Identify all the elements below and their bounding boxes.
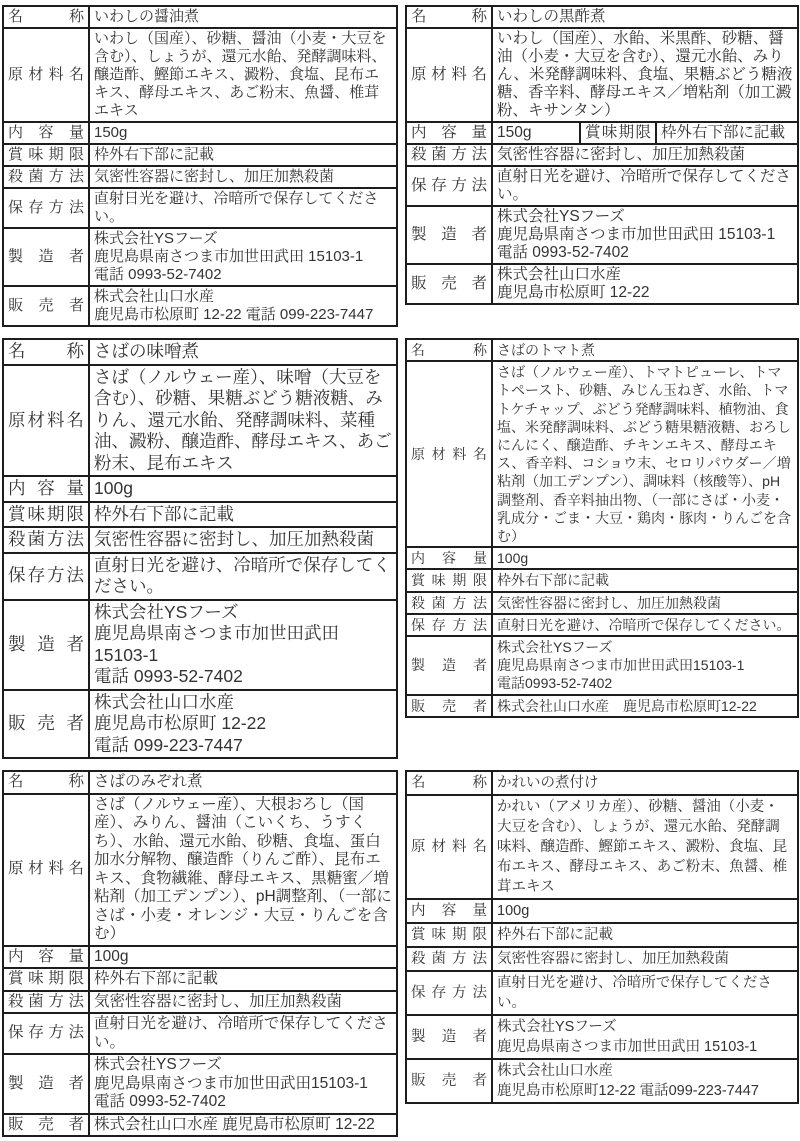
field-value: 100g xyxy=(89,476,397,502)
table-row: 内容量150g賞味期限枠外右下部に記載 xyxy=(406,122,798,144)
label-sheet: 名称いわしの醤油煮原材料名いわし（国産）、砂糖、醤油（小麦・大豆を含む）、しょう… xyxy=(0,0,800,1141)
table-row: 殺菌方法気密性容器に密封し、加圧加熱殺菌 xyxy=(406,144,798,166)
field-value: 気密性容器に密封し、加圧加熱殺菌 xyxy=(89,166,397,188)
field-value: 気密性容器に密封し、加圧加熱殺菌 xyxy=(492,592,798,614)
field-value: 株式会社山口水産 鹿児島市松原町 12-22 xyxy=(492,264,798,304)
table-row: 名称さばの味噌煮 xyxy=(3,339,397,365)
field-value: 100g xyxy=(89,946,397,969)
field-label: 保存方法 xyxy=(406,614,492,636)
field-value: さば（ノルウェー産）、トマトピューレ、トマトペースト、砂糖、みじん玉ねぎ、水飴、… xyxy=(492,361,798,547)
food-label-table: 名称かれいの煮付け原材料名かれい（アメリカ産）、砂糖、醤油（小麦・大豆を含む）、… xyxy=(405,770,799,1104)
field-label: 原材料名 xyxy=(406,795,492,899)
table-row: 内容量100g xyxy=(3,476,397,502)
table-row: 名称いわしの醤油煮 xyxy=(3,6,397,28)
field-label: 内容量 xyxy=(3,946,89,969)
table-row: 製造者株式会社YSフーズ 鹿児島県南さつま市加世田武田 15103-1 xyxy=(406,1015,798,1059)
table-row: 保存方法直射日光を避け、冷暗所で保存してください。 xyxy=(406,614,798,636)
field-value: 株式会社YSフーズ 鹿児島県南さつま市加世田武田 15103-1 電話 0993… xyxy=(89,228,397,286)
field-label: 内容量 xyxy=(3,122,89,144)
field-value: 株式会社山口水産 鹿児島市松原町 12-22 xyxy=(89,1114,397,1137)
table-row: 原材料名かれい（アメリカ産）、砂糖、醤油（小麦・大豆を含む）、しょうが、還元水飴… xyxy=(406,795,798,899)
field-label: 販売者 xyxy=(3,690,89,759)
table-row: 原材料名さば（ノルウェー産）、大根おろし（国産）、みりん、醤油（こいくち、うすく… xyxy=(3,794,397,946)
table-row: 保存方法直射日光を避け、冷暗所で保存してください。 xyxy=(3,553,397,600)
field-label: 原材料名 xyxy=(3,794,89,946)
field-label: 原材料名 xyxy=(406,28,492,122)
field-value: いわし（国産）、水飴、米黒酢、砂糖、醤油（小麦・大豆を含む）、還元水飴、みりん、… xyxy=(492,28,798,122)
table-row: 原材料名いわし（国産）、水飴、米黒酢、砂糖、醤油（小麦・大豆を含む）、還元水飴、… xyxy=(406,28,798,122)
table-row: 製造者株式会社YSフーズ 鹿児島県南さつま市加世田武田15103-1 電話 09… xyxy=(3,1054,397,1114)
field-value: 気密性容器に密封し、加圧加熱殺菌 xyxy=(492,144,798,166)
field-label: 賞味期限 xyxy=(580,122,656,144)
table-row: 販売者株式会社山口水産 鹿児島市松原町12-22 xyxy=(406,695,798,717)
field-value: 150g xyxy=(492,122,580,144)
field-label: 内容量 xyxy=(406,122,492,144)
field-value: 株式会社YSフーズ 鹿児島県南さつま市加世田武田 15103-1 xyxy=(492,1015,798,1059)
table-row: 賞味期限枠外右下部に記載 xyxy=(3,144,397,166)
table-row: 名称さばのみぞれ煮 xyxy=(3,771,397,794)
table-row: 名称かれいの煮付け xyxy=(406,771,798,795)
table-row: 保存方法直射日光を避け、冷暗所で保存してください。 xyxy=(3,188,397,228)
field-value: 枠外右下部に記載 xyxy=(89,502,397,528)
field-label: 製造者 xyxy=(406,636,492,695)
field-value: 気密性容器に密封し、加圧加熱殺菌 xyxy=(89,527,397,553)
table-row: 内容量150g xyxy=(3,122,397,144)
field-label: 保存方法 xyxy=(406,166,492,206)
table-row: 製造者株式会社YSフーズ 鹿児島県南さつま市加世田武田 15103-1 電話 0… xyxy=(3,228,397,286)
field-value: いわし（国産）、砂糖、醤油（小麦・大豆を含む）、しょうが、還元水飴、発酵調味料、… xyxy=(89,28,397,122)
field-label: 販売者 xyxy=(3,1114,89,1137)
field-value: 直射日光を避け、冷暗所で保存してください。 xyxy=(492,971,798,1015)
field-value: 枠外右下部に記載 xyxy=(492,569,798,591)
food-label-table: 名称さばのみぞれ煮原材料名さば（ノルウェー産）、大根おろし（国産）、みりん、醤油… xyxy=(2,770,398,1137)
field-value: 100g xyxy=(492,547,798,569)
table-row: 販売者株式会社山口水産 鹿児島市松原町12-22 電話099-223-7447 xyxy=(406,1059,798,1103)
field-label: 原材料名 xyxy=(3,365,89,477)
field-value: 直射日光を避け、冷暗所で保存してください。 xyxy=(89,553,397,600)
field-value: 直射日光を避け、冷暗所で保存してください。 xyxy=(492,166,798,206)
field-value: 株式会社山口水産 鹿児島市松原町12-22 xyxy=(492,695,798,717)
table-row: 製造者株式会社YSフーズ 鹿児島県南さつま市加世田武田15103-1 電話099… xyxy=(406,636,798,695)
table-row: 殺菌方法気密性容器に密封し、加圧加熱殺菌 xyxy=(3,166,397,188)
field-value: さば（ノルウェー産）、大根おろし（国産）、みりん、醤油（こいくち、うすくち）、水… xyxy=(89,794,397,946)
table-row: 保存方法直射日光を避け、冷暗所で保存してください。 xyxy=(406,971,798,1015)
field-value: 株式会社山口水産 鹿児島市松原町 12-22 電話 099-223-7447 xyxy=(89,286,397,326)
field-value: いわしの醤油煮 xyxy=(89,6,397,28)
field-label: 殺菌方法 xyxy=(406,144,492,166)
field-label: 名称 xyxy=(3,6,89,28)
field-value: いわしの黒酢煮 xyxy=(492,6,798,28)
field-label: 販売者 xyxy=(406,695,492,717)
field-value: 気密性容器に密封し、加圧加熱殺菌 xyxy=(492,947,798,971)
field-label: 名称 xyxy=(406,6,492,28)
field-label: 製造者 xyxy=(3,1054,89,1114)
table-row: 原材料名さば（ノルウェー産）、味噌（大豆を含む）、砂糖、果糖ぶどう糖液糖、みりん… xyxy=(3,365,397,477)
field-label: 製造者 xyxy=(406,1015,492,1059)
field-label: 賞味期限 xyxy=(406,569,492,591)
field-value: 株式会社YSフーズ 鹿児島県南さつま市加世田武田15103-1 電話0993-5… xyxy=(492,636,798,695)
field-value: 枠外右下部に記載 xyxy=(492,923,798,947)
field-label: 製造者 xyxy=(3,228,89,286)
table-row: 原材料名いわし（国産）、砂糖、醤油（小麦・大豆を含む）、しょうが、還元水飴、発酵… xyxy=(3,28,397,122)
field-value: 直射日光を避け、冷暗所で保存してください。 xyxy=(89,1013,397,1054)
field-value: さばのみぞれ煮 xyxy=(89,771,397,794)
field-value: さばのトマト煮 xyxy=(492,339,798,361)
field-value: 株式会社YSフーズ 鹿児島県南さつま市加世田武田15103-1 電話 0993-… xyxy=(89,600,397,690)
food-label-table: 名称いわしの醤油煮原材料名いわし（国産）、砂糖、醤油（小麦・大豆を含む）、しょう… xyxy=(2,5,398,327)
table-row: 賞味期限枠外右下部に記載 xyxy=(3,968,397,991)
table-row: 内容量100g xyxy=(406,899,798,923)
field-label: 販売者 xyxy=(406,264,492,304)
field-label: 保存方法 xyxy=(3,1013,89,1054)
table-row: 名称さばのトマト煮 xyxy=(406,339,798,361)
table-row: 賞味期限枠外右下部に記載 xyxy=(406,923,798,947)
field-label: 名称 xyxy=(406,339,492,361)
table-row: 賞味期限枠外右下部に記載 xyxy=(406,569,798,591)
field-value: かれいの煮付け xyxy=(492,771,798,795)
field-label: 殺菌方法 xyxy=(406,947,492,971)
table-row: 製造者株式会社YSフーズ 鹿児島県南さつま市加世田武田 15103-1 電話 0… xyxy=(406,206,798,264)
field-label: 賞味期限 xyxy=(406,923,492,947)
field-label: 殺菌方法 xyxy=(406,592,492,614)
field-value: 気密性容器に密封し、加圧加熱殺菌 xyxy=(89,991,397,1014)
field-label: 保存方法 xyxy=(3,553,89,600)
table-row: 殺菌方法気密性容器に密封し、加圧加熱殺菌 xyxy=(3,527,397,553)
food-label-table: 名称いわしの黒酢煮原材料名いわし（国産）、水飴、米黒酢、砂糖、醤油（小麦・大豆を… xyxy=(405,5,799,305)
table-row: 賞味期限枠外右下部に記載 xyxy=(3,502,397,528)
field-label: 原材料名 xyxy=(3,28,89,122)
field-label: 販売者 xyxy=(3,286,89,326)
table-row: 内容量100g xyxy=(406,547,798,569)
field-label: 製造者 xyxy=(406,206,492,264)
field-label: 賞味期限 xyxy=(3,968,89,991)
label-grid: 名称いわしの醤油煮原材料名いわし（国産）、砂糖、醤油（小麦・大豆を含む）、しょう… xyxy=(2,5,798,1137)
table-row: 殺菌方法気密性容器に密封し、加圧加熱殺菌 xyxy=(406,947,798,971)
field-value: 枠外右下部に記載 xyxy=(89,968,397,991)
field-value: 150g xyxy=(89,122,397,144)
field-value: 直射日光を避け、冷暗所で保存してください。 xyxy=(89,188,397,228)
field-label: 賞味期限 xyxy=(3,144,89,166)
table-row: 殺菌方法気密性容器に密封し、加圧加熱殺菌 xyxy=(3,991,397,1014)
field-label: 保存方法 xyxy=(3,188,89,228)
field-label: 製造者 xyxy=(3,600,89,690)
field-label: 保存方法 xyxy=(406,971,492,1015)
table-row: 販売者株式会社山口水産 鹿児島市松原町 12-22 電話 099-223-744… xyxy=(3,286,397,326)
field-label: 殺菌方法 xyxy=(3,527,89,553)
table-row: 製造者株式会社YSフーズ 鹿児島県南さつま市加世田武田15103-1 電話 09… xyxy=(3,600,397,690)
field-label: 賞味期限 xyxy=(3,502,89,528)
field-value: 100g xyxy=(492,899,798,923)
table-row: 原材料名さば（ノルウェー産）、トマトピューレ、トマトペースト、砂糖、みじん玉ねぎ… xyxy=(406,361,798,547)
table-row: 保存方法直射日光を避け、冷暗所で保存してください。 xyxy=(3,1013,397,1054)
field-label: 殺菌方法 xyxy=(3,991,89,1014)
field-value: さば（ノルウェー産）、味噌（大豆を含む）、砂糖、果糖ぶどう糖液糖、みりん、還元水… xyxy=(89,365,397,477)
field-value: 直射日光を避け、冷暗所で保存してください。 xyxy=(492,614,798,636)
field-value: 株式会社YSフーズ 鹿児島県南さつま市加世田武田 15103-1 電話 0993… xyxy=(492,206,798,264)
field-value: 枠外右下部に記載 xyxy=(89,144,397,166)
field-value: かれい（アメリカ産）、砂糖、醤油（小麦・大豆を含む）、しょうが、還元水飴、発酵調… xyxy=(492,795,798,899)
table-row: 殺菌方法気密性容器に密封し、加圧加熱殺菌 xyxy=(406,592,798,614)
field-value: 株式会社山口水産 鹿児島市松原町 12-22 電話 099-223-7447 xyxy=(89,690,397,759)
field-label: 内容量 xyxy=(406,547,492,569)
field-value: 枠外右下部に記載 xyxy=(656,122,798,144)
field-label: 名称 xyxy=(3,339,89,365)
field-label: 名称 xyxy=(3,771,89,794)
table-row: 内容量100g xyxy=(3,946,397,969)
field-value: さばの味噌煮 xyxy=(89,339,397,365)
food-label-table: 名称さばの味噌煮原材料名さば（ノルウェー産）、味噌（大豆を含む）、砂糖、果糖ぶど… xyxy=(2,338,398,759)
field-label: 殺菌方法 xyxy=(3,166,89,188)
field-label: 内容量 xyxy=(406,899,492,923)
field-label: 内容量 xyxy=(3,476,89,502)
food-label-table: 名称さばのトマト煮原材料名さば（ノルウェー産）、トマトピューレ、トマトペースト、… xyxy=(405,338,799,718)
table-row: 保存方法直射日光を避け、冷暗所で保存してください。 xyxy=(406,166,798,206)
field-value: 株式会社YSフーズ 鹿児島県南さつま市加世田武田15103-1 電話 0993-… xyxy=(89,1054,397,1114)
table-row: 販売者株式会社山口水産 鹿児島市松原町 12-22 電話 099-223-744… xyxy=(3,690,397,759)
field-label: 販売者 xyxy=(406,1059,492,1103)
table-row: 名称いわしの黒酢煮 xyxy=(406,6,798,28)
field-label: 名称 xyxy=(406,771,492,795)
table-row: 販売者株式会社山口水産 鹿児島市松原町 12-22 xyxy=(3,1114,397,1137)
field-value: 株式会社山口水産 鹿児島市松原町12-22 電話099-223-7447 xyxy=(492,1059,798,1103)
field-label: 原材料名 xyxy=(406,361,492,547)
table-row: 販売者株式会社山口水産 鹿児島市松原町 12-22 xyxy=(406,264,798,304)
